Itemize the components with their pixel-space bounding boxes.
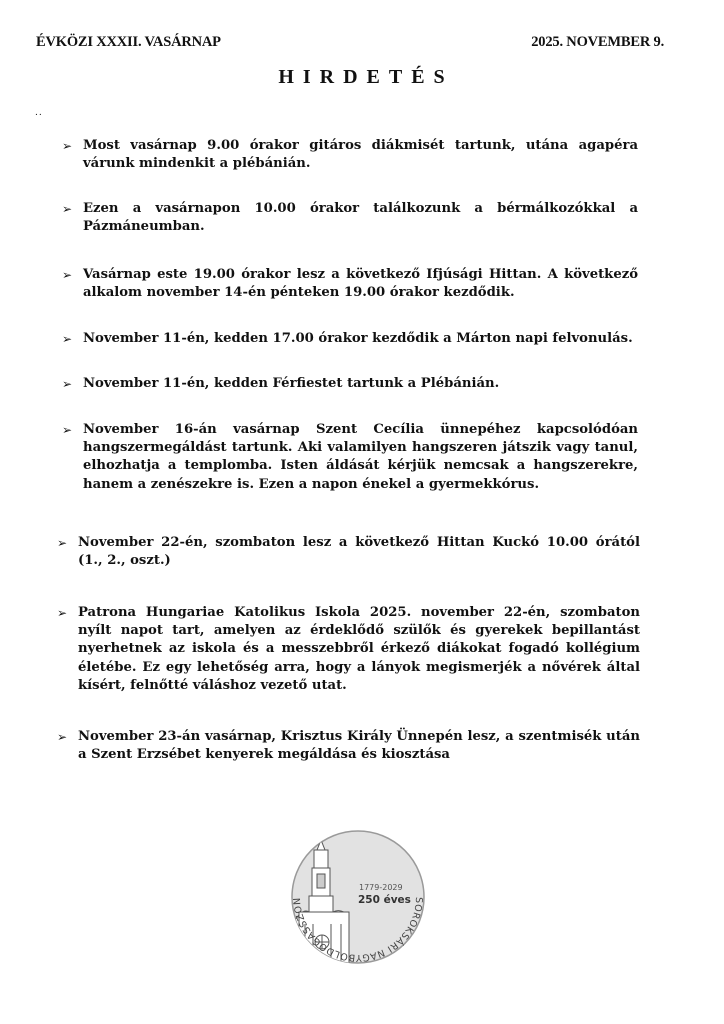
announcement-item: ➢ November 23-án vasárnap, Krisztus Kirá… [78, 728, 640, 764]
header-date: 2025. NOVEMBER 9. [531, 34, 664, 51]
announcement-item: ➢ November 22-én, szombaton lesz a követ… [78, 534, 640, 570]
announcement-item: ➢ Most vasárnap 9.00 órakor gitáros diák… [83, 137, 638, 173]
announcement-item: ➢ Ezen a vasárnapon 10.00 órakor találko… [83, 200, 638, 236]
arrowhead-bullet-icon: ➢ [57, 604, 67, 622]
arrowhead-bullet-icon: ➢ [62, 137, 72, 155]
announcement-item: ➢ Patrona Hungariae Katolikus Iskola 202… [78, 604, 640, 695]
arrowhead-bullet-icon: ➢ [62, 375, 72, 393]
announcement-item: ➢ November 16-án vasárnap Szent Cecília … [83, 421, 638, 494]
header-liturgical-day: ÉVKÖZI XXXII. VASÁRNAP [36, 34, 221, 51]
seal-anniversary: 250 éves [358, 894, 411, 906]
stray-dots: .. [35, 108, 43, 118]
arrowhead-bullet-icon: ➢ [57, 728, 67, 746]
seal-years: 1779-2029 [359, 883, 403, 892]
announcement-item: ➢ November 11-én, kedden 17.00 órakor ke… [83, 330, 638, 348]
arrowhead-bullet-icon: ➢ [57, 534, 67, 552]
church-anniversary-seal: SOROKSÁRI NAGYBOLDOGASSZONY TEMPLOM 1779… [285, 824, 431, 970]
arrowhead-bullet-icon: ➢ [62, 200, 72, 218]
arrowhead-bullet-icon: ➢ [62, 330, 72, 348]
page-title: HIRDETÉS [0, 66, 724, 89]
arrowhead-bullet-icon: ➢ [62, 266, 72, 284]
announcement-item: ➢ Vasárnap este 19.00 órakor lesz a köve… [83, 266, 638, 302]
arrowhead-bullet-icon: ➢ [62, 421, 72, 439]
announcement-item: ➢ November 11-én, kedden Férfiestet tart… [83, 375, 638, 393]
